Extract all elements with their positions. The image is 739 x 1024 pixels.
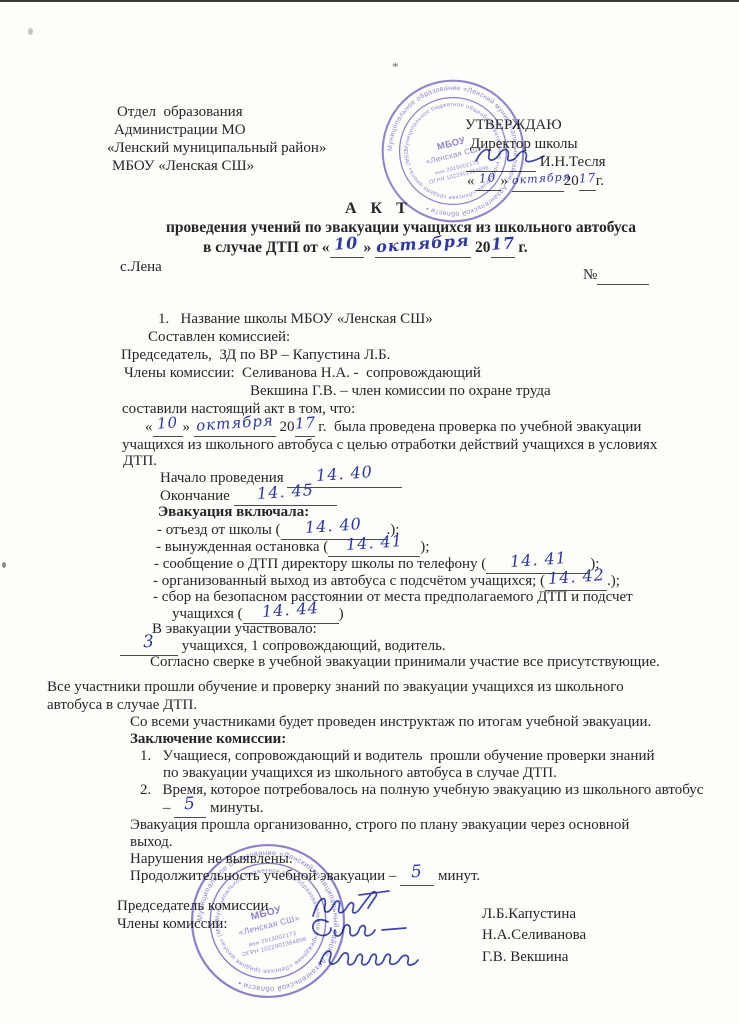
title-date-month: октября	[376, 232, 471, 256]
doc-number: №	[583, 266, 649, 285]
scan-speck	[28, 28, 33, 35]
duration-line: – 5 минуты.	[163, 798, 263, 818]
scan-speck: *	[392, 58, 399, 76]
body-line: Векшина Г.В. – член комиссии по охране т…	[250, 382, 551, 400]
para-line: Все участники прошли обучение и проверку…	[47, 678, 624, 696]
letterhead-line: «Ленский муниципальный район»	[107, 139, 326, 157]
school-stamp: Муниципальное образование «Ленский муниц…	[187, 840, 349, 1002]
end-time-value: 14. 45	[256, 481, 314, 503]
body-line: 1. Название школы МБОУ «Ленская СШ»	[158, 310, 433, 328]
sign-name: Н.А.Селиванова	[482, 926, 586, 944]
body-heading: Эвакуация включала:	[158, 503, 309, 521]
letterhead-line: Администрации МО	[114, 121, 246, 139]
body-line-date: «10» октября 2017 г. была проведена пров…	[145, 417, 641, 437]
drill-date-year: 17	[294, 413, 316, 432]
sign-name: Г.В. Векшина	[482, 948, 568, 966]
body-line: Председатель, ЗД по ВР – Капустина Л.Б.	[121, 346, 390, 364]
duration-minutes-value: 5	[184, 795, 197, 814]
sign-name: Л.Б.Капустина	[482, 905, 576, 923]
doc-title-date: в случае ДТП от «10» октября 2017 г.	[203, 238, 528, 258]
conclusion-line: 1. Учащиеся, сопровождающий и водитель п…	[140, 747, 655, 765]
drill-date-day: 10	[156, 413, 178, 432]
conclusion-line: по эвакуации учащихся из школьного автоб…	[163, 764, 557, 782]
stop-time-value: 14. 41	[345, 532, 403, 554]
title-date-day: 10	[334, 234, 359, 254]
body-line: ДТП.	[123, 452, 157, 470]
place-name: с.Лена	[120, 258, 162, 276]
total-duration-value: 5	[411, 863, 424, 882]
body-line: Члены комиссии: Селиванова Н.А. - сопров…	[124, 364, 481, 382]
start-time-value: 14. 40	[316, 463, 374, 485]
body-line: учащихся из школьного автобуса с целью о…	[122, 436, 657, 454]
body-line: Согласно сверке в учебной эвакуации прин…	[150, 653, 660, 671]
participants-count-value: 3	[142, 633, 155, 652]
letterhead-line: Отдел образования	[117, 103, 243, 121]
body-line: Составлен комиссией:	[148, 328, 290, 346]
conclusion-line: 2. Время, которое потребовалось на полну…	[140, 781, 703, 799]
scan-speck	[2, 562, 6, 568]
scanner-edge-artifact	[0, 0, 739, 2]
para-line: Со всеми участниками будет проведен инст…	[130, 713, 651, 731]
conclusion-heading: Заключение комиссии:	[130, 730, 286, 748]
letterhead-line: МБОУ «Ленская СШ»	[112, 157, 254, 175]
para-line: Эвакуация прошла организованно, строго п…	[130, 816, 629, 834]
doc-subtitle: проведения учений по эвакуации учащихся …	[166, 219, 636, 237]
title-date-year: 17	[490, 234, 515, 254]
exit-time-value: 14. 42	[547, 566, 605, 588]
para-line: автобуса в случае ДТП.	[47, 696, 197, 714]
scanned-document-page: * Отдел образования Администрации МО «Ле…	[0, 0, 739, 1024]
director-name: И.Н.Тесля	[540, 154, 606, 170]
para-line: выход.	[130, 833, 173, 851]
approve-date-year: 17	[578, 168, 596, 187]
doc-title: А К Т	[345, 200, 412, 218]
gather-time-value: 14. 44	[262, 599, 320, 621]
